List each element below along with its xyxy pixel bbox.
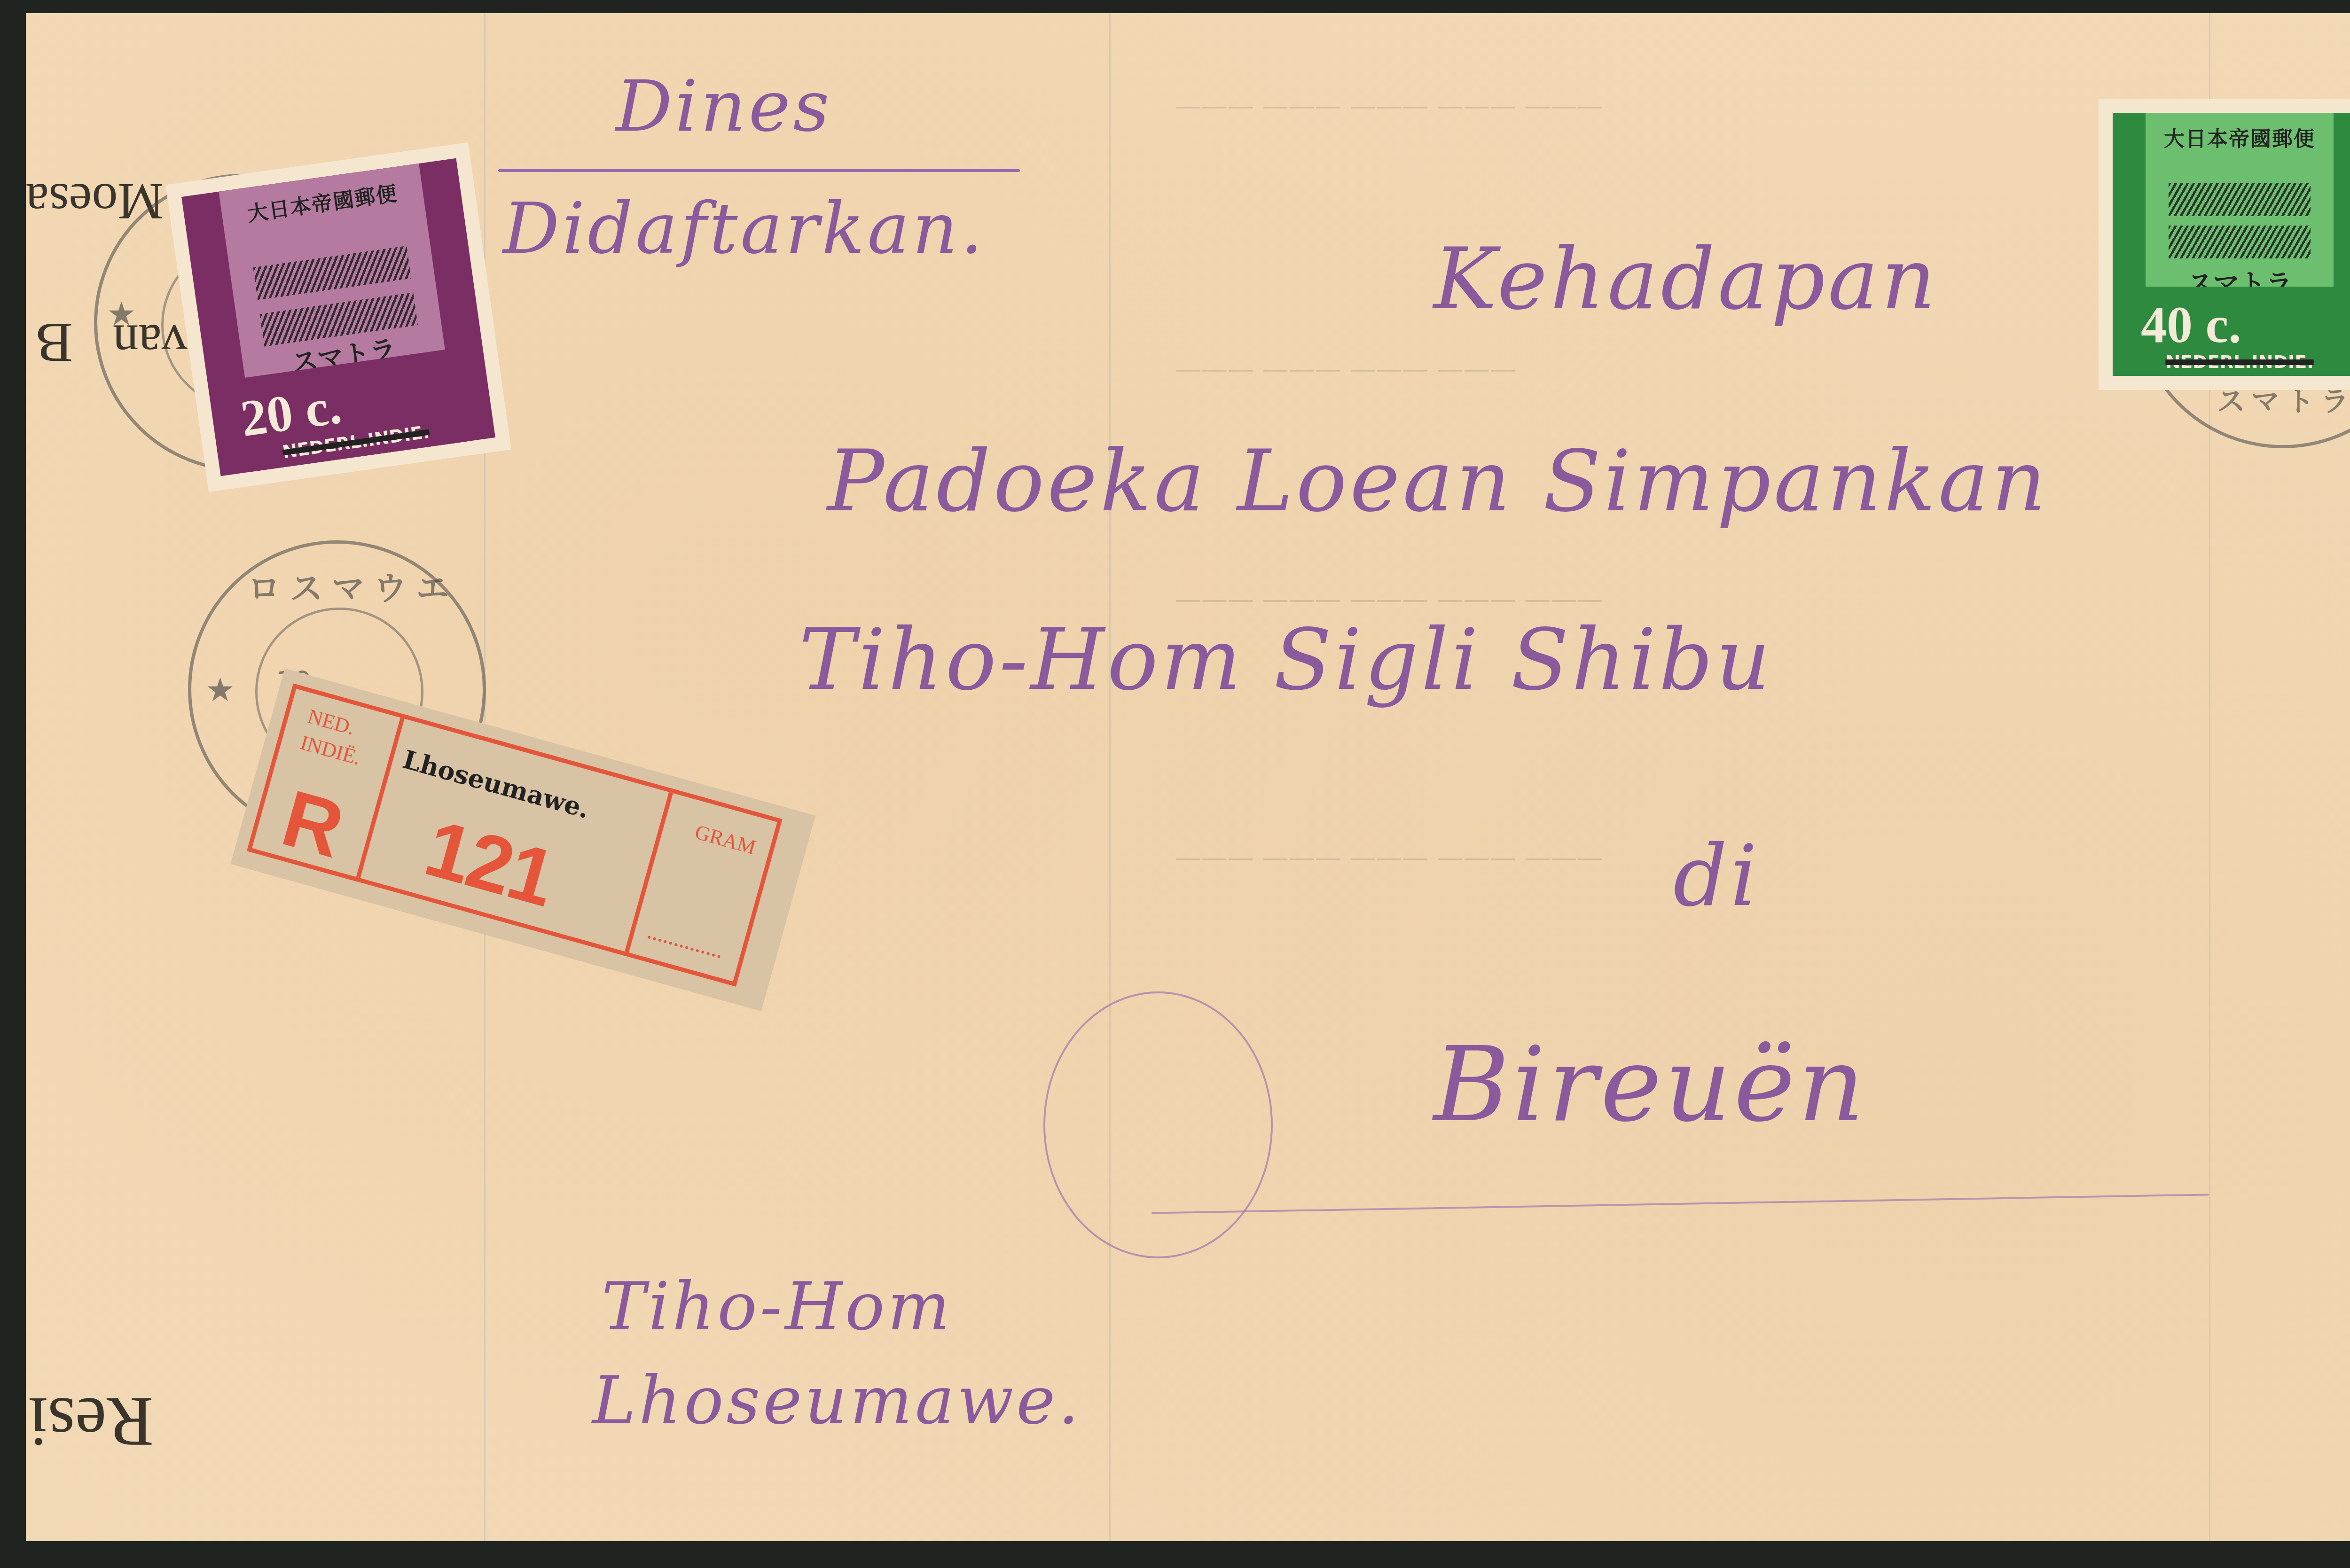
reg-letter: R [273, 772, 353, 876]
handwriting-dines: Dines [616, 66, 832, 148]
address-city: Bireuën [1433, 1024, 1867, 1145]
address-line2: Tiho-Hom Sigli Shibu [799, 611, 1773, 709]
handwriting-didaftarkan: Didaftarkan. [503, 188, 986, 270]
address-salutation: Kehadapan [1433, 230, 1938, 328]
faint-form-text: ——— ——— ——— ——— ——— [1175, 94, 1603, 125]
reg-gram: GRAM [692, 820, 759, 859]
sender-line2: Lhoseumawe. [592, 1363, 1082, 1439]
reg-country: NED. INDIË. [297, 703, 371, 772]
faint-form-text: ——— ——— ——— ——— [1175, 357, 1516, 388]
fold-line [1109, 13, 1111, 1541]
signature-flourish [1043, 991, 1273, 1258]
reg-office: Lhoseumawe. [399, 744, 593, 824]
star-icon: ★ [205, 671, 235, 709]
sender-line1: Tiho-Hom [602, 1269, 953, 1345]
stamp-40c: 大日本帝國郵便 スマトラ 40 c. NEDERL.INDIE. [2099, 99, 2350, 390]
address-line1: Padoeka Loean Simpankan [827, 432, 2049, 530]
underline [498, 169, 1020, 172]
faint-form-text: ——— ——— ——— ——— ——— [1175, 846, 1603, 876]
inverted-print-resi: Resi [28, 1381, 154, 1462]
star-icon: ★ [107, 295, 136, 333]
address-line3: di [1673, 827, 1760, 925]
stamp-20c: 大日本帝國郵便 スマトラ 20 c. NEDERL.INDIE. [165, 142, 511, 492]
inverted-print-b: B [35, 310, 73, 375]
reg-number: 121 [416, 802, 564, 924]
